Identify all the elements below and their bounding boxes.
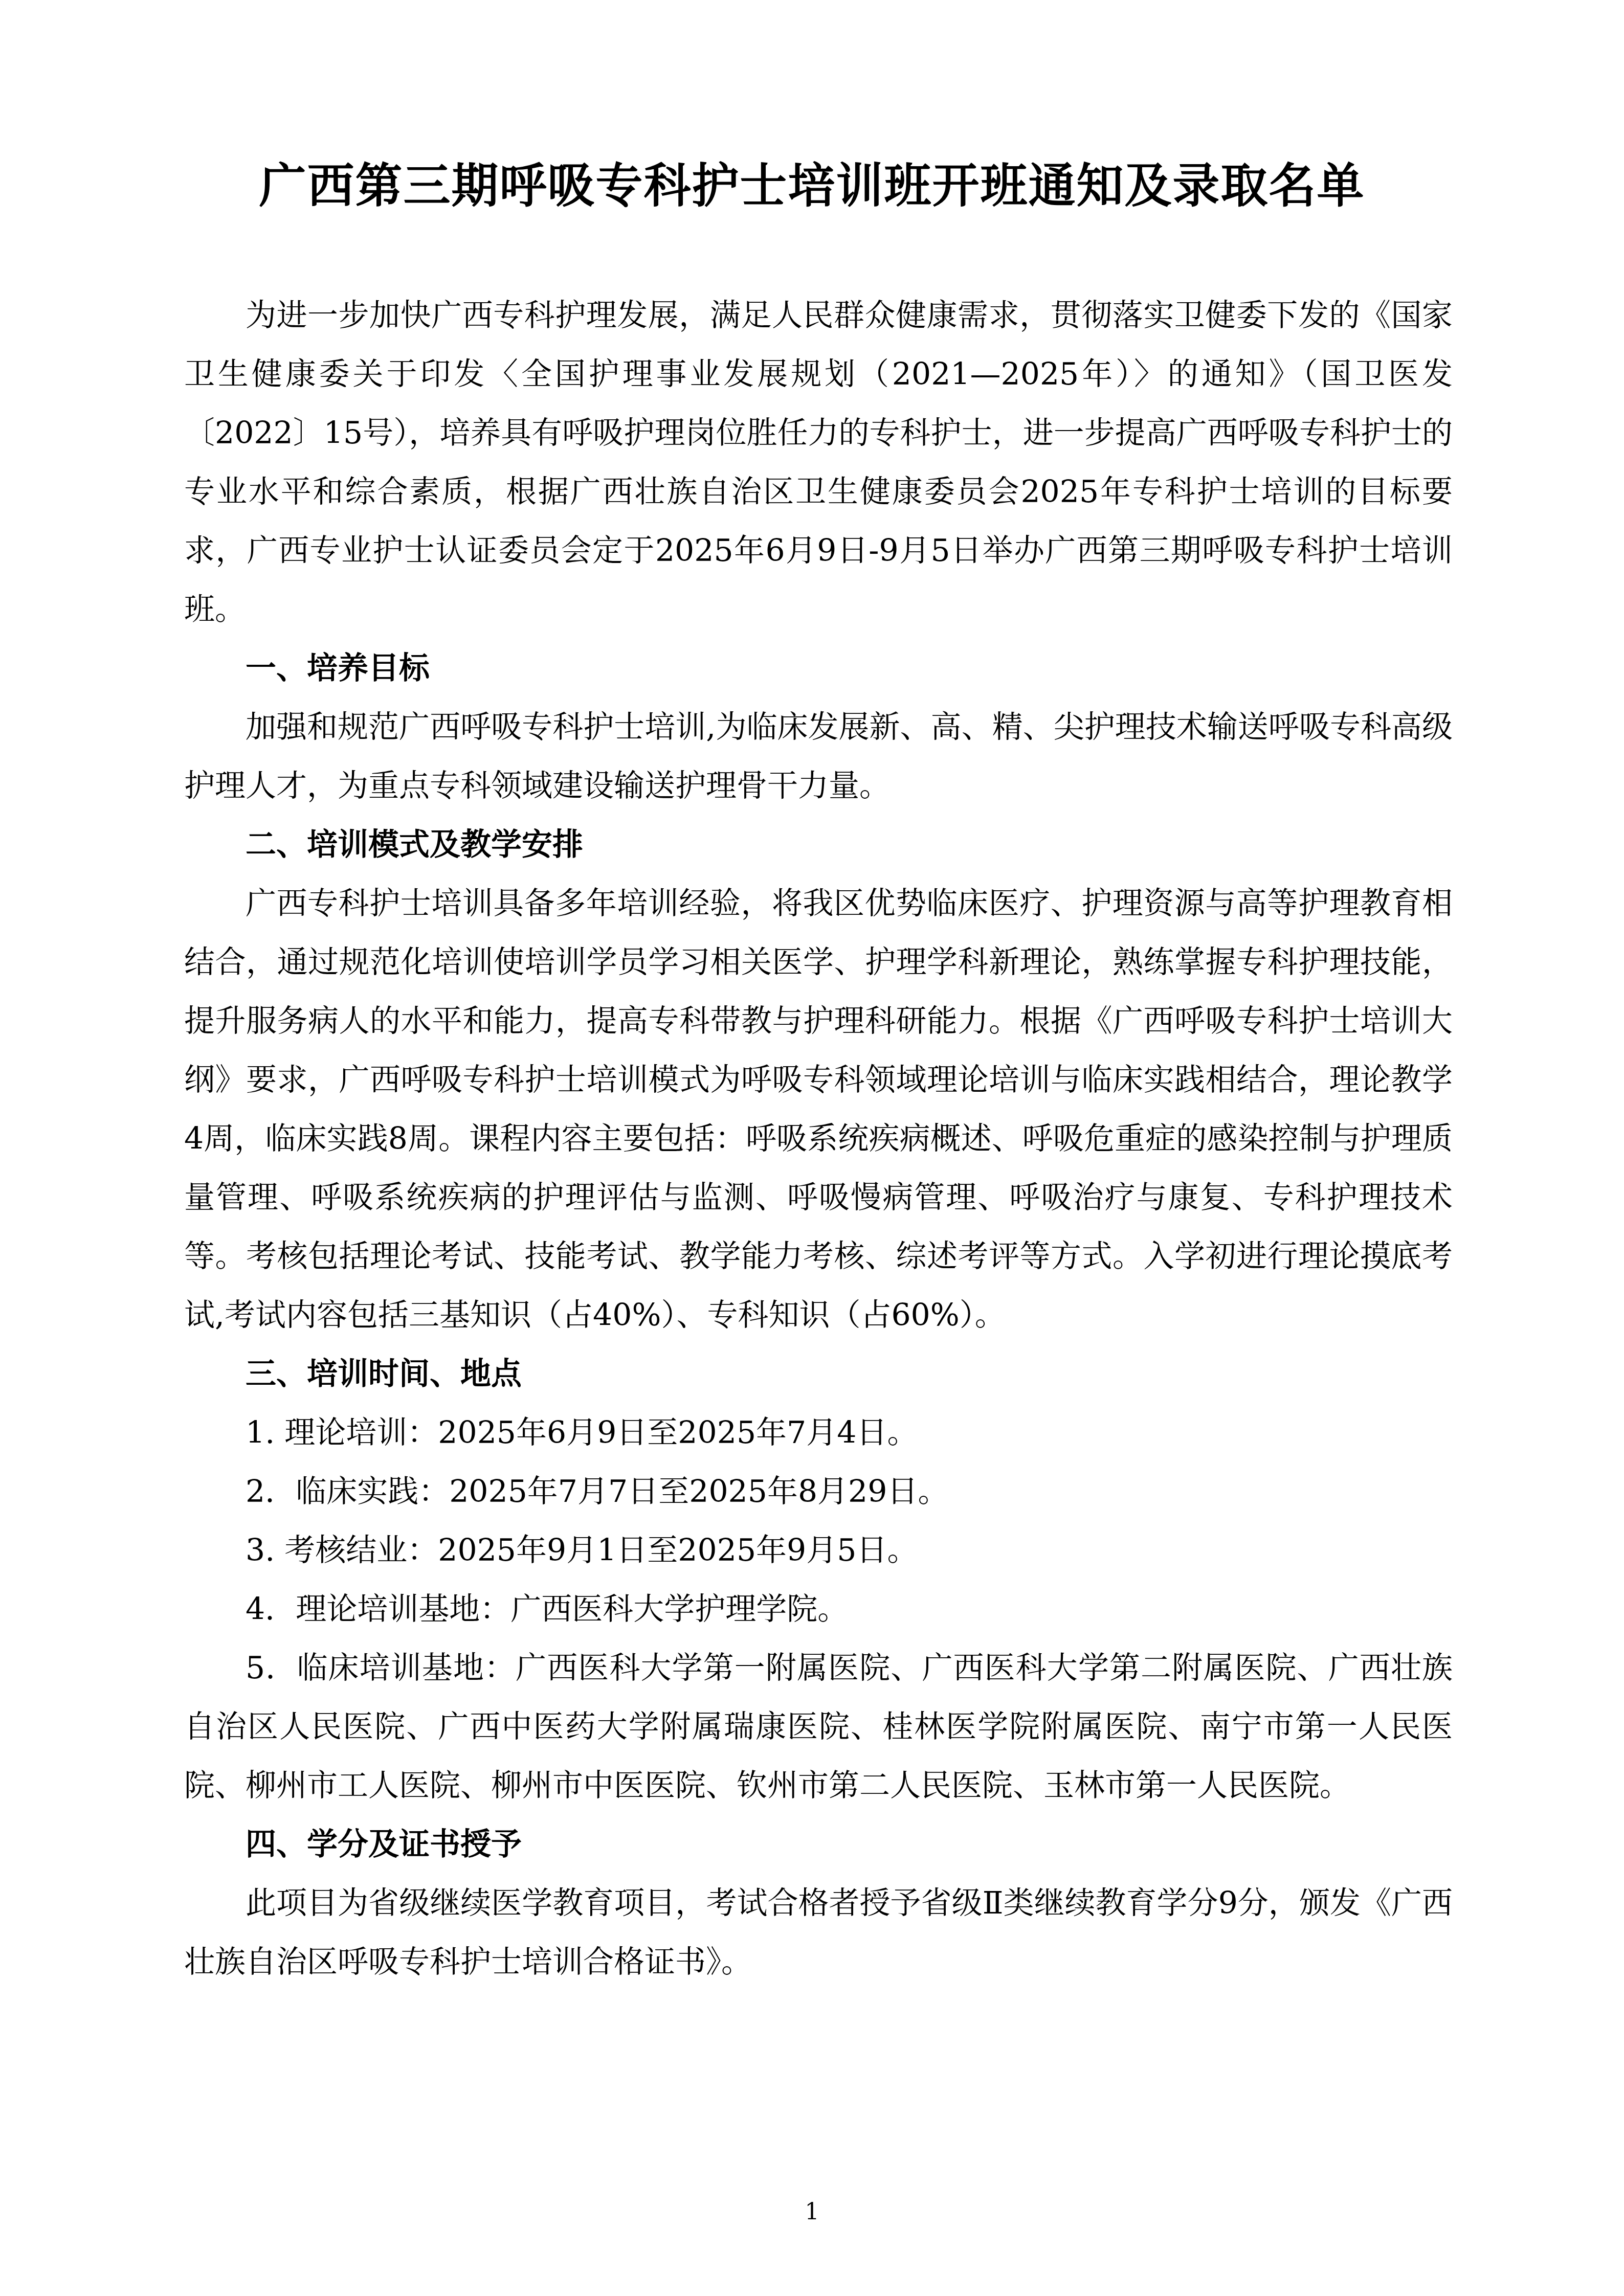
- section-text-credits: 此项目为省级继续医学教育项目，考试合格者授予省级Ⅱ类继续教育学分9分，颁发《广西…: [184, 1874, 1453, 1992]
- section-heading-credits: 四、学分及证书授予: [184, 1815, 1453, 1874]
- section-heading-time-place: 三、培训时间、地点: [184, 1345, 1453, 1404]
- list-item: 4．理论培训基地：广西医科大学护理学院。: [184, 1580, 1453, 1639]
- section-heading-mode: 二、培训模式及教学安排: [184, 816, 1453, 874]
- intro-paragraph: 为进一步加快广西专科护理发展，满足人民群众健康需求，贯彻落实卫健委下发的《国家卫…: [184, 286, 1453, 639]
- list-item: 1. 理论培训：2025年6月9日至2025年7月4日。: [184, 1404, 1453, 1462]
- document-title: 广西第三期呼吸专科护士培训班开班通知及录取名单: [0, 148, 1624, 216]
- document-body: 为进一步加快广西专科护理发展，满足人民群众健康需求，贯彻落实卫健委下发的《国家卫…: [184, 286, 1453, 1992]
- document-page: 广西第三期呼吸专科护士培训班开班通知及录取名单 为进一步加快广西专科护理发展，满…: [0, 0, 1624, 2296]
- section-text-goals: 加强和规范广西呼吸专科护士培训,为临床发展新、高、精、尖护理技术输送呼吸专科高级…: [184, 698, 1453, 816]
- page-number: 1: [0, 2199, 1624, 2225]
- section-text-mode: 广西专科护士培训具备多年培训经验，将我区优势临床医疗、护理资源与高等护理教育相结…: [184, 874, 1453, 1345]
- list-item: 2．临床实践：2025年7月7日至2025年8月29日。: [184, 1462, 1453, 1521]
- list-item: 3. 考核结业：2025年9月1日至2025年9月5日。: [184, 1521, 1453, 1580]
- section-heading-goals: 一、培养目标: [184, 639, 1453, 698]
- list-item: 5．临床培训基地：广西医科大学第一附属医院、广西医科大学第二附属医院、广西壮族自…: [184, 1639, 1453, 1815]
